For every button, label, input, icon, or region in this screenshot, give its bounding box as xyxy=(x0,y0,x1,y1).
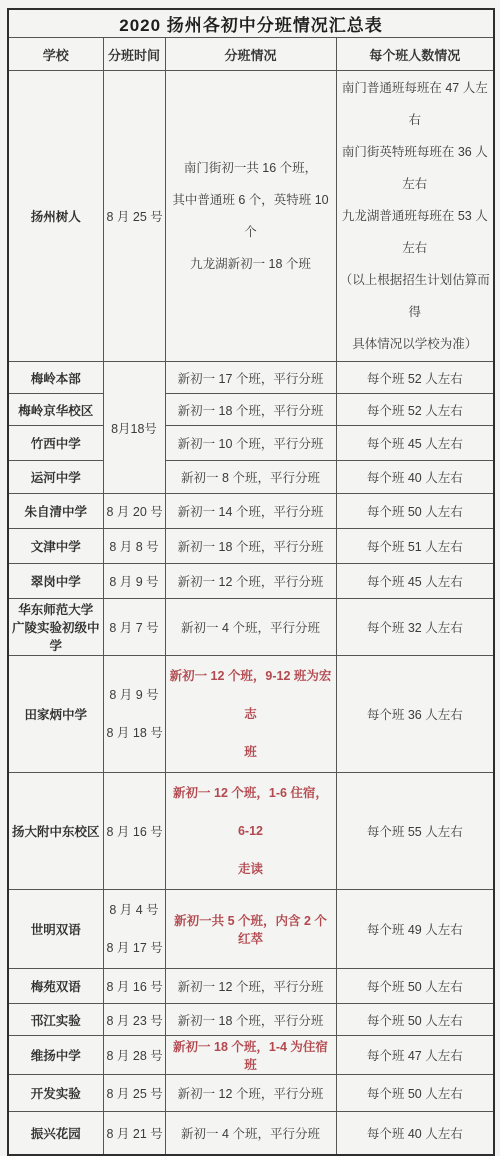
header-row: 学校 分班时间 分班情况 每个班人数情况 xyxy=(8,38,494,71)
info-cell: 新初一 12 个班，平行分班 xyxy=(165,1075,336,1112)
school-cell: 竹西中学 xyxy=(8,426,103,461)
time-cell: 8 月 9 号 8 月 18 号 xyxy=(103,656,165,773)
info-line: 南门街初一共 16 个班， xyxy=(169,152,333,184)
time-cell: 8 月 21 号 xyxy=(103,1112,165,1155)
table-row: 文津中学 8 月 8 号 新初一 18 个班，平行分班 每个班 51 人左右 xyxy=(8,529,494,564)
info-line: 新初一共 5 个班，内含 2 个红萃 xyxy=(169,911,333,947)
school-cell: 田家炳中学 xyxy=(8,656,103,773)
time-line: 8 月 20 号 xyxy=(107,502,162,520)
info-cell: 新初一 8 个班，平行分班 xyxy=(165,461,336,494)
info-line: 九龙湖新初一 18 个班 xyxy=(169,248,333,280)
col-header-time: 分班时间 xyxy=(103,38,165,71)
school-line: 竹西中学 xyxy=(12,434,100,452)
school-cell: 世明双语 xyxy=(8,890,103,969)
time-cell: 8 月 25 号 xyxy=(103,71,165,362)
size-line: 每个班 45 人左右 xyxy=(340,572,491,590)
table-row: 运河中学 新初一 8 个班，平行分班 每个班 40 人左右 xyxy=(8,461,494,494)
info-line: 新初一 8 个班，平行分班 xyxy=(169,468,333,486)
school-cell: 梅苑双语 xyxy=(8,969,103,1004)
info-cell: 新初一 18 个班，平行分班 xyxy=(165,1004,336,1036)
size-cell: 每个班 49 人左右 xyxy=(336,890,494,969)
size-line: 每个班 40 人左右 xyxy=(340,468,491,486)
school-line: 世明双语 xyxy=(12,920,100,938)
info-line: 新初一 12 个班，1-6 住宿，6-12 xyxy=(169,774,333,850)
table-row: 开发实验 8 月 25 号 新初一 12 个班，平行分班 每个班 50 人左右 xyxy=(8,1075,494,1112)
time-line: 8 月 16 号 xyxy=(107,822,162,840)
info-cell: 新初一 12 个班，平行分班 xyxy=(165,969,336,1004)
size-cell: 每个班 50 人左右 xyxy=(336,1075,494,1112)
school-cell: 文津中学 xyxy=(8,529,103,564)
size-line: 每个班 50 人左右 xyxy=(340,1011,491,1029)
size-line: 每个班 50 人左右 xyxy=(340,502,491,520)
col-header-size: 每个班人数情况 xyxy=(336,38,494,71)
size-line: 每个班 36 人左右 xyxy=(340,705,491,723)
size-line: 每个班 40 人左右 xyxy=(340,1124,491,1142)
time-line: 8 月 7 号 xyxy=(107,618,162,636)
size-cell: 每个班 36 人左右 xyxy=(336,656,494,773)
size-cell: 每个班 40 人左右 xyxy=(336,461,494,494)
time-cell: 8 月 8 号 xyxy=(103,529,165,564)
size-line: 每个班 49 人左右 xyxy=(340,920,491,938)
time-line: 8月18号 xyxy=(107,419,162,437)
school-line: 田家炳中学 xyxy=(12,705,100,723)
school-line: 广陵实验初级中学 xyxy=(12,618,100,654)
school-line: 开发实验 xyxy=(12,1084,100,1102)
size-line: 每个班 50 人左右 xyxy=(340,977,491,995)
school-line: 扬州树人 xyxy=(12,207,100,225)
info-line: 新初一 10 个班，平行分班 xyxy=(169,434,333,452)
size-cell: 每个班 50 人左右 xyxy=(336,1004,494,1036)
size-cell: 每个班 52 人左右 xyxy=(336,362,494,394)
time-cell: 8 月 7 号 xyxy=(103,599,165,656)
school-line: 振兴花园 xyxy=(12,1124,100,1142)
size-line: 每个班 52 人左右 xyxy=(340,369,491,387)
info-cell: 新初一 4 个班，平行分班 xyxy=(165,599,336,656)
info-line: 走读 xyxy=(169,850,333,888)
table-row: 维扬中学 8 月 28 号 新初一 18 个班，1-4 为住宿班 每个班 47 … xyxy=(8,1036,494,1075)
time-cell: 8 月 16 号 xyxy=(103,773,165,890)
time-line: 8 月 16 号 xyxy=(107,977,162,995)
size-cell: 南门普通班每班在 47 人左右 南门街英特班每班在 36 人左右 九龙湖普通班每… xyxy=(336,71,494,362)
time-cell: 8 月 23 号 xyxy=(103,1004,165,1036)
time-line: 8 月 9 号 xyxy=(107,676,162,714)
info-cell: 新初一 14 个班，平行分班 xyxy=(165,494,336,529)
info-cell: 新初一 18 个班，1-4 为住宿班 xyxy=(165,1036,336,1075)
school-line: 梅岭本部 xyxy=(12,369,100,387)
school-cell: 翠岗中学 xyxy=(8,564,103,599)
school-cell: 华东师范大学 广陵实验初级中学 xyxy=(8,599,103,656)
table-row: 邗江实验 8 月 23 号 新初一 18 个班，平行分班 每个班 50 人左右 xyxy=(8,1004,494,1036)
info-line: 新初一 18 个班，平行分班 xyxy=(169,401,333,419)
time-line: 8 月 9 号 xyxy=(107,572,162,590)
school-cell: 朱自清中学 xyxy=(8,494,103,529)
info-cell: 新初一 12 个班，平行分班 xyxy=(165,564,336,599)
info-cell: 新初一 4 个班，平行分班 xyxy=(165,1112,336,1155)
time-line: 8 月 25 号 xyxy=(107,207,162,225)
school-line: 文津中学 xyxy=(12,537,100,555)
school-cell: 扬州树人 xyxy=(8,71,103,362)
table-row: 扬大附中东校区 8 月 16 号 新初一 12 个班，1-6 住宿，6-12 走… xyxy=(8,773,494,890)
table-row: 翠岗中学 8 月 9 号 新初一 12 个班，平行分班 每个班 45 人左右 xyxy=(8,564,494,599)
size-line: 南门普通班每班在 47 人左右 xyxy=(340,72,491,136)
size-line: 南门街英特班每班在 36 人左右 xyxy=(340,136,491,200)
time-line: 8 月 4 号 xyxy=(107,891,162,929)
info-cell: 新初一 12 个班，9-12 班为宏志 班 xyxy=(165,656,336,773)
title-row: 2020 扬州各初中分班情况汇总表 xyxy=(8,9,494,38)
col-header-info: 分班情况 xyxy=(165,38,336,71)
table-row: 振兴花园 8 月 21 号 新初一 4 个班，平行分班 每个班 40 人左右 xyxy=(8,1112,494,1155)
school-line: 运河中学 xyxy=(12,468,100,486)
table-row: 扬州树人 8 月 25 号 南门街初一共 16 个班， 其中普通班 6 个，英特… xyxy=(8,71,494,362)
school-cell: 开发实验 xyxy=(8,1075,103,1112)
info-line: 新初一 18 个班，平行分班 xyxy=(169,1011,333,1029)
size-cell: 每个班 55 人左右 xyxy=(336,773,494,890)
info-cell: 新初一 17 个班，平行分班 xyxy=(165,362,336,394)
info-line: 新初一 12 个班，平行分班 xyxy=(169,977,333,995)
size-line: （以上根据招生计划估算而得 xyxy=(340,264,491,328)
school-line: 朱自清中学 xyxy=(12,502,100,520)
school-line: 梅岭京华校区 xyxy=(12,401,100,419)
info-cell: 南门街初一共 16 个班， 其中普通班 6 个，英特班 10 个 九龙湖新初一 … xyxy=(165,71,336,362)
size-cell: 每个班 40 人左右 xyxy=(336,1112,494,1155)
time-cell: 8 月 20 号 xyxy=(103,494,165,529)
school-cell: 梅岭京华校区 xyxy=(8,394,103,426)
size-cell: 每个班 52 人左右 xyxy=(336,394,494,426)
info-cell: 新初一共 5 个班，内含 2 个红萃 xyxy=(165,890,336,969)
school-line: 翠岗中学 xyxy=(12,572,100,590)
time-line: 8 月 18 号 xyxy=(107,714,162,752)
school-cell: 邗江实验 xyxy=(8,1004,103,1036)
size-line: 每个班 55 人左右 xyxy=(340,822,491,840)
class-division-table: 2020 扬州各初中分班情况汇总表 学校 分班时间 分班情况 每个班人数情况 扬… xyxy=(7,8,495,1156)
size-cell: 每个班 45 人左右 xyxy=(336,426,494,461)
info-cell: 新初一 18 个班，平行分班 xyxy=(165,394,336,426)
time-cell: 8 月 28 号 xyxy=(103,1036,165,1075)
size-cell: 每个班 50 人左右 xyxy=(336,494,494,529)
info-line: 新初一 17 个班，平行分班 xyxy=(169,369,333,387)
table-row: 世明双语 8 月 4 号 8 月 17 号 新初一共 5 个班，内含 2 个红萃… xyxy=(8,890,494,969)
time-cell: 8 月 4 号 8 月 17 号 xyxy=(103,890,165,969)
school-line: 维扬中学 xyxy=(12,1046,100,1064)
size-line: 每个班 45 人左右 xyxy=(340,434,491,452)
info-cell: 新初一 18 个班，平行分班 xyxy=(165,529,336,564)
info-line: 新初一 14 个班，平行分班 xyxy=(169,502,333,520)
size-cell: 每个班 45 人左右 xyxy=(336,564,494,599)
size-cell: 每个班 51 人左右 xyxy=(336,529,494,564)
info-cell: 新初一 10 个班，平行分班 xyxy=(165,426,336,461)
time-cell: 8 月 25 号 xyxy=(103,1075,165,1112)
school-cell: 扬大附中东校区 xyxy=(8,773,103,890)
table-row: 朱自清中学 8 月 20 号 新初一 14 个班，平行分班 每个班 50 人左右 xyxy=(8,494,494,529)
size-cell: 每个班 50 人左右 xyxy=(336,969,494,1004)
info-cell: 新初一 12 个班，1-6 住宿，6-12 走读 xyxy=(165,773,336,890)
time-cell: 8 月 16 号 xyxy=(103,969,165,1004)
time-line: 8 月 8 号 xyxy=(107,537,162,555)
size-line: 每个班 32 人左右 xyxy=(340,618,491,636)
school-line: 华东师范大学 xyxy=(12,600,100,618)
info-line: 新初一 18 个班，平行分班 xyxy=(169,537,333,555)
school-cell: 运河中学 xyxy=(8,461,103,494)
table-row: 华东师范大学 广陵实验初级中学 8 月 7 号 新初一 4 个班，平行分班 每个… xyxy=(8,599,494,656)
size-line: 每个班 47 人左右 xyxy=(340,1046,491,1064)
size-line: 每个班 51 人左右 xyxy=(340,537,491,555)
table-row: 梅苑双语 8 月 16 号 新初一 12 个班，平行分班 每个班 50 人左右 xyxy=(8,969,494,1004)
table-row: 竹西中学 新初一 10 个班，平行分班 每个班 45 人左右 xyxy=(8,426,494,461)
table-row: 梅岭京华校区 新初一 18 个班，平行分班 每个班 52 人左右 xyxy=(8,394,494,426)
time-line: 8 月 17 号 xyxy=(107,929,162,967)
info-line: 其中普通班 6 个，英特班 10 个 xyxy=(169,184,333,248)
table-row: 田家炳中学 8 月 9 号 8 月 18 号 新初一 12 个班，9-12 班为… xyxy=(8,656,494,773)
info-line: 新初一 12 个班，平行分班 xyxy=(169,1084,333,1102)
info-line: 新初一 12 个班，平行分班 xyxy=(169,572,333,590)
page: 2020 扬州各初中分班情况汇总表 学校 分班时间 分班情况 每个班人数情况 扬… xyxy=(0,0,500,929)
size-line: 九龙湖普通班每班在 53 人左右 xyxy=(340,200,491,264)
table-row: 梅岭本部 8月18号 新初一 17 个班，平行分班 每个班 52 人左右 xyxy=(8,362,494,394)
school-cell: 维扬中学 xyxy=(8,1036,103,1075)
size-cell: 每个班 47 人左右 xyxy=(336,1036,494,1075)
time-line: 8 月 23 号 xyxy=(107,1011,162,1029)
size-cell: 每个班 32 人左右 xyxy=(336,599,494,656)
size-line: 每个班 52 人左右 xyxy=(340,401,491,419)
school-line: 梅苑双语 xyxy=(12,977,100,995)
time-cell: 8 月 9 号 xyxy=(103,564,165,599)
table-title: 2020 扬州各初中分班情况汇总表 xyxy=(8,9,494,38)
info-line: 新初一 4 个班，平行分班 xyxy=(169,1124,333,1142)
info-line: 新初一 4 个班，平行分班 xyxy=(169,618,333,636)
time-cell-merged: 8月18号 xyxy=(103,362,165,494)
time-line: 8 月 28 号 xyxy=(107,1046,162,1064)
school-cell: 梅岭本部 xyxy=(8,362,103,394)
size-line: 具体情况以学校为准） xyxy=(340,328,491,360)
col-header-school: 学校 xyxy=(8,38,103,71)
info-line: 新初一 12 个班，9-12 班为宏志 xyxy=(169,657,333,733)
school-line: 扬大附中东校区 xyxy=(12,822,100,840)
size-line: 每个班 50 人左右 xyxy=(340,1084,491,1102)
school-line: 邗江实验 xyxy=(12,1011,100,1029)
info-line: 班 xyxy=(169,733,333,771)
time-line: 8 月 25 号 xyxy=(107,1084,162,1102)
school-cell: 振兴花园 xyxy=(8,1112,103,1155)
info-line: 新初一 18 个班，1-4 为住宿班 xyxy=(169,1037,333,1073)
time-line: 8 月 21 号 xyxy=(107,1124,162,1142)
